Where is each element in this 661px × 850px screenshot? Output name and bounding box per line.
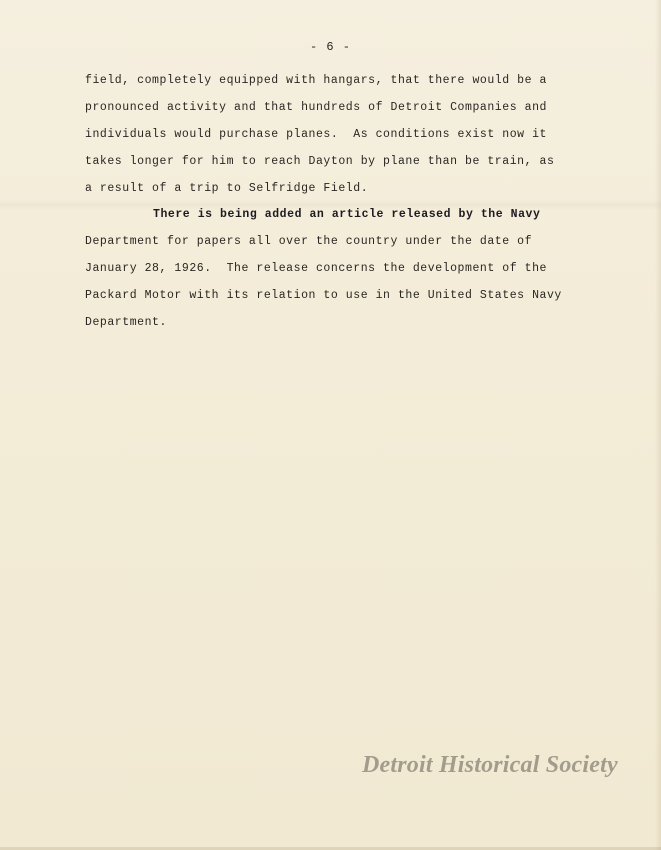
document-page: - 6 - field, completely equipped with ha… [0, 0, 661, 850]
text-line: Department for papers all over the count… [85, 235, 532, 248]
text-line: There is being added an article released… [153, 208, 540, 221]
text-line: individuals would purchase planes. As co… [85, 128, 547, 141]
text-line: Packard Motor with its relation to use i… [85, 289, 562, 302]
text-line: takes longer for him to reach Dayton by … [85, 155, 554, 168]
page-number: - 6 - [0, 40, 661, 54]
paper-edge [655, 0, 661, 850]
text-line: Department. [85, 316, 167, 329]
text-line: pronounced activity and that hundreds of… [85, 101, 547, 114]
text-line: January 28, 1926. The release concerns t… [85, 262, 547, 275]
text-line: field, completely equipped with hangars,… [85, 74, 547, 87]
watermark: Detroit Historical Society [362, 752, 618, 779]
text-line: a result of a trip to Selfridge Field. [85, 182, 368, 195]
